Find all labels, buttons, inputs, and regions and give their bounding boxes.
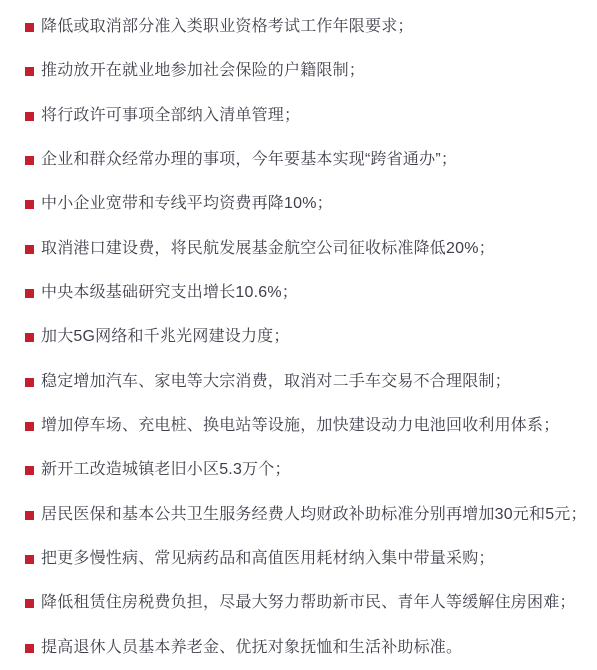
square-bullet-icon (25, 333, 34, 342)
square-bullet-icon (25, 555, 34, 564)
list-item-text: 降低或取消部分准入类职业资格考试工作年限要求； (41, 17, 414, 37)
square-bullet-icon (25, 156, 34, 165)
list-item: 居民医保和基本公共卫生服务经费人均财政补助标准分别再增加30元和5元； (25, 493, 591, 537)
list-item-text: 居民医保和基本公共卫生服务经费人均财政补助标准分别再增加30元和5元； (41, 505, 587, 525)
list-item: 提高退休人员基本养老金、优抚对象抚恤和生活补助标准。 (25, 626, 591, 670)
square-bullet-icon (25, 289, 34, 298)
square-bullet-icon (25, 378, 34, 387)
square-bullet-icon (25, 112, 34, 121)
list-item: 取消港口建设费，将民航发展基金航空公司征收标准降低20%； (25, 227, 591, 271)
list-item: 加大5G网络和千兆光网建设力度； (25, 315, 591, 359)
list-item: 把更多慢性病、常见病药品和高值医用耗材纳入集中带量采购； (25, 537, 591, 581)
list-item: 新开工改造城镇老旧小区5.3万个； (25, 448, 591, 492)
square-bullet-icon (25, 599, 34, 608)
list-item-text: 中央本级基础研究支出增长10.6%； (41, 283, 298, 303)
square-bullet-icon (25, 511, 34, 520)
square-bullet-icon (25, 245, 34, 254)
square-bullet-icon (25, 23, 34, 32)
list-item: 企业和群众经常办理的事项，今年要基本实现“跨省通办”； (25, 138, 591, 182)
list-item: 推动放开在就业地参加社会保险的户籍限制； (25, 49, 591, 93)
square-bullet-icon (25, 644, 34, 653)
list-item-text: 降低租赁住房税费负担，尽最大努力帮助新市民、青年人等缓解住房困难； (41, 593, 576, 613)
list-item: 中小企业宽带和专线平均资费再降10%； (25, 182, 591, 226)
list-item-text: 加大5G网络和千兆光网建设力度； (41, 327, 290, 347)
list-item-text: 新开工改造城镇老旧小区5.3万个； (41, 460, 291, 480)
square-bullet-icon (25, 200, 34, 209)
square-bullet-icon (25, 67, 34, 76)
list-item-text: 企业和群众经常办理的事项，今年要基本实现“跨省通办”； (41, 150, 457, 170)
list-item: 增加停车场、充电桩、换电站等设施，加快建设动力电池回收利用体系； (25, 404, 591, 448)
list-item-text: 把更多慢性病、常见病药品和高值医用耗材纳入集中带量采购； (41, 549, 495, 569)
list-item-text: 增加停车场、充电桩、换电站等设施，加快建设动力电池回收利用体系； (41, 416, 559, 436)
list-item: 将行政许可事项全部纳入清单管理； (25, 94, 591, 138)
list-item-text: 提高退休人员基本养老金、优抚对象抚恤和生活补助标准。 (41, 638, 462, 658)
list-item-text: 稳定增加汽车、家电等大宗消费，取消对二手车交易不合理限制； (41, 372, 511, 392)
list-item-text: 将行政许可事项全部纳入清单管理； (41, 106, 300, 126)
square-bullet-icon (25, 422, 34, 431)
list-item-text: 推动放开在就业地参加社会保险的户籍限制； (41, 61, 365, 81)
list-item: 降低或取消部分准入类职业资格考试工作年限要求； (25, 5, 591, 49)
list-item: 降低租赁住房税费负担，尽最大努力帮助新市民、青年人等缓解住房困难； (25, 581, 591, 625)
list-item-text: 取消港口建设费，将民航发展基金航空公司征收标准降低20%； (41, 239, 495, 259)
list-item: 稳定增加汽车、家电等大宗消费，取消对二手车交易不合理限制； (25, 360, 591, 404)
square-bullet-icon (25, 466, 34, 475)
policy-bullet-list: 降低或取消部分准入类职业资格考试工作年限要求； 推动放开在就业地参加社会保险的户… (0, 0, 597, 670)
list-item-text: 中小企业宽带和专线平均资费再降10%； (41, 194, 333, 214)
list-item: 中央本级基础研究支出增长10.6%； (25, 271, 591, 315)
